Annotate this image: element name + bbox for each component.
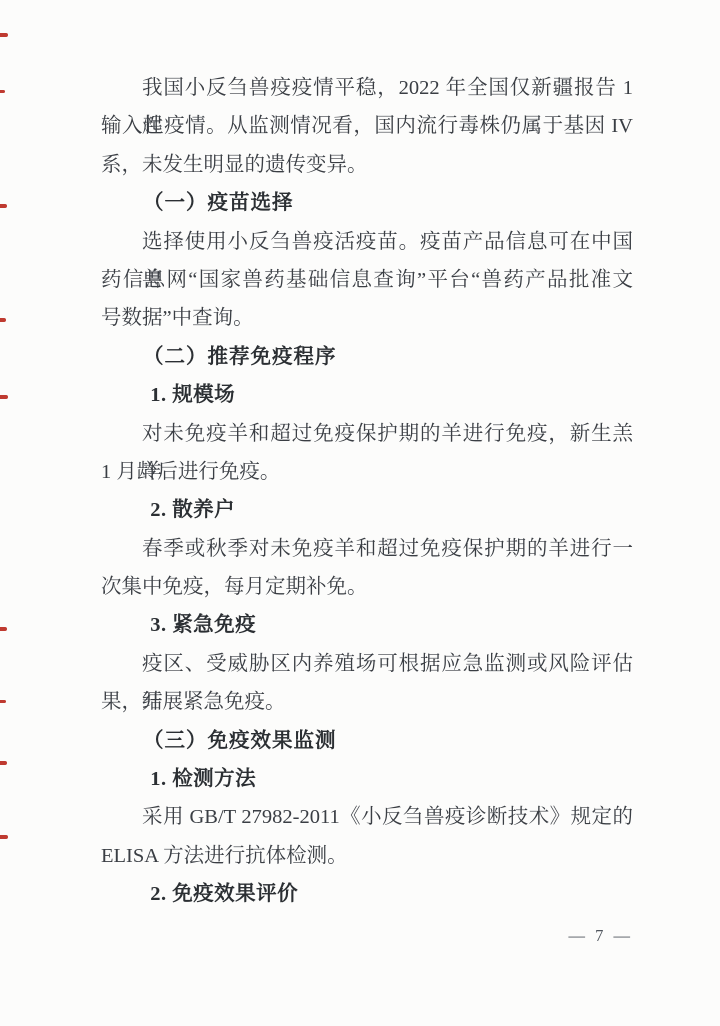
scan-edge-mark <box>0 761 7 765</box>
subsection-heading: 1. 检测方法 <box>101 760 633 798</box>
h1-block: （一）疫苗选择 <box>101 184 633 222</box>
body-line: 1 月龄后进行免疫。 <box>101 453 633 491</box>
body-line: 系，未发生明显的遗传变异。 <box>101 146 633 184</box>
body-line: 输入性疫情。从监测情况看，国内流行毒株仍属于基因 IV <box>101 107 633 145</box>
body-block: 春季或秋季对未免疫羊和超过免疫保护期的羊进行一次集中免疫，每月定期补免。 <box>101 530 633 607</box>
document-body: 我国小反刍兽疫疫情平稳，2022 年全国仅新疆报告 1 起输入性疫情。从监测情况… <box>101 69 633 914</box>
subsection-heading: 1. 规模场 <box>101 376 633 414</box>
body-line: 果，开展紧急免疫。 <box>101 683 633 721</box>
body-block: 对未免疫羊和超过免疫保护期的羊进行免疫，新生羔羊1 月龄后进行免疫。 <box>101 415 633 492</box>
h2-block: 2. 散养户 <box>101 491 633 529</box>
scan-edge-mark <box>0 318 6 322</box>
page-number: — 7 — <box>569 924 634 948</box>
subsection-heading: 2. 散养户 <box>101 491 633 529</box>
body-line: ELISA 方法进行抗体检测。 <box>101 837 633 875</box>
section-heading: （二）推荐免疫程序 <box>101 338 633 376</box>
scan-edge-mark <box>0 627 7 631</box>
scan-edge-mark <box>0 835 8 839</box>
scan-edge-mark <box>0 33 8 37</box>
body-line: 春季或秋季对未免疫羊和超过免疫保护期的羊进行一 <box>101 530 633 568</box>
subsection-heading: 2. 免疫效果评价 <box>101 875 633 913</box>
body-line: 号数据”中查询。 <box>101 299 633 337</box>
scan-edge-mark <box>0 90 5 93</box>
body-line: 药信息网“国家兽药基础信息查询”平台“兽药产品批准文 <box>101 261 633 299</box>
body-line: 次集中免疫，每月定期补免。 <box>101 568 633 606</box>
body-line: 选择使用小反刍兽疫活疫苗。疫苗产品信息可在中国兽 <box>101 223 633 261</box>
body-line: 疫区、受威胁区内养殖场可根据应急监测或风险评估结 <box>101 645 633 683</box>
body-block: 采用 GB/T 27982-2011《小反刍兽疫诊断技术》规定的ELISA 方法… <box>101 798 633 875</box>
body-line: 对未免疫羊和超过免疫保护期的羊进行免疫，新生羔羊 <box>101 415 633 453</box>
document-page: 我国小反刍兽疫疫情平稳，2022 年全国仅新疆报告 1 起输入性疫情。从监测情况… <box>0 0 720 1026</box>
body-block: 疫区、受威胁区内养殖场可根据应急监测或风险评估结果，开展紧急免疫。 <box>101 645 633 722</box>
h1-block: （二）推荐免疫程序 <box>101 338 633 376</box>
section-heading: （一）疫苗选择 <box>101 184 633 222</box>
body-line: 我国小反刍兽疫疫情平稳，2022 年全国仅新疆报告 1 起 <box>101 69 633 107</box>
body-line: 采用 GB/T 27982-2011《小反刍兽疫诊断技术》规定的 <box>101 798 633 836</box>
h2-block: 1. 检测方法 <box>101 760 633 798</box>
scan-edge-mark <box>0 700 6 703</box>
h1-block: （三）免疫效果监测 <box>101 722 633 760</box>
h2-block: 2. 免疫效果评价 <box>101 875 633 913</box>
body-block: 选择使用小反刍兽疫活疫苗。疫苗产品信息可在中国兽药信息网“国家兽药基础信息查询”… <box>101 223 633 338</box>
body-block: 我国小反刍兽疫疫情平稳，2022 年全国仅新疆报告 1 起输入性疫情。从监测情况… <box>101 69 633 184</box>
section-heading: （三）免疫效果监测 <box>101 722 633 760</box>
h2-block: 3. 紧急免疫 <box>101 606 633 644</box>
subsection-heading: 3. 紧急免疫 <box>101 606 633 644</box>
scan-edge-mark <box>0 204 7 208</box>
scan-edge-mark <box>0 395 8 399</box>
h2-block: 1. 规模场 <box>101 376 633 414</box>
